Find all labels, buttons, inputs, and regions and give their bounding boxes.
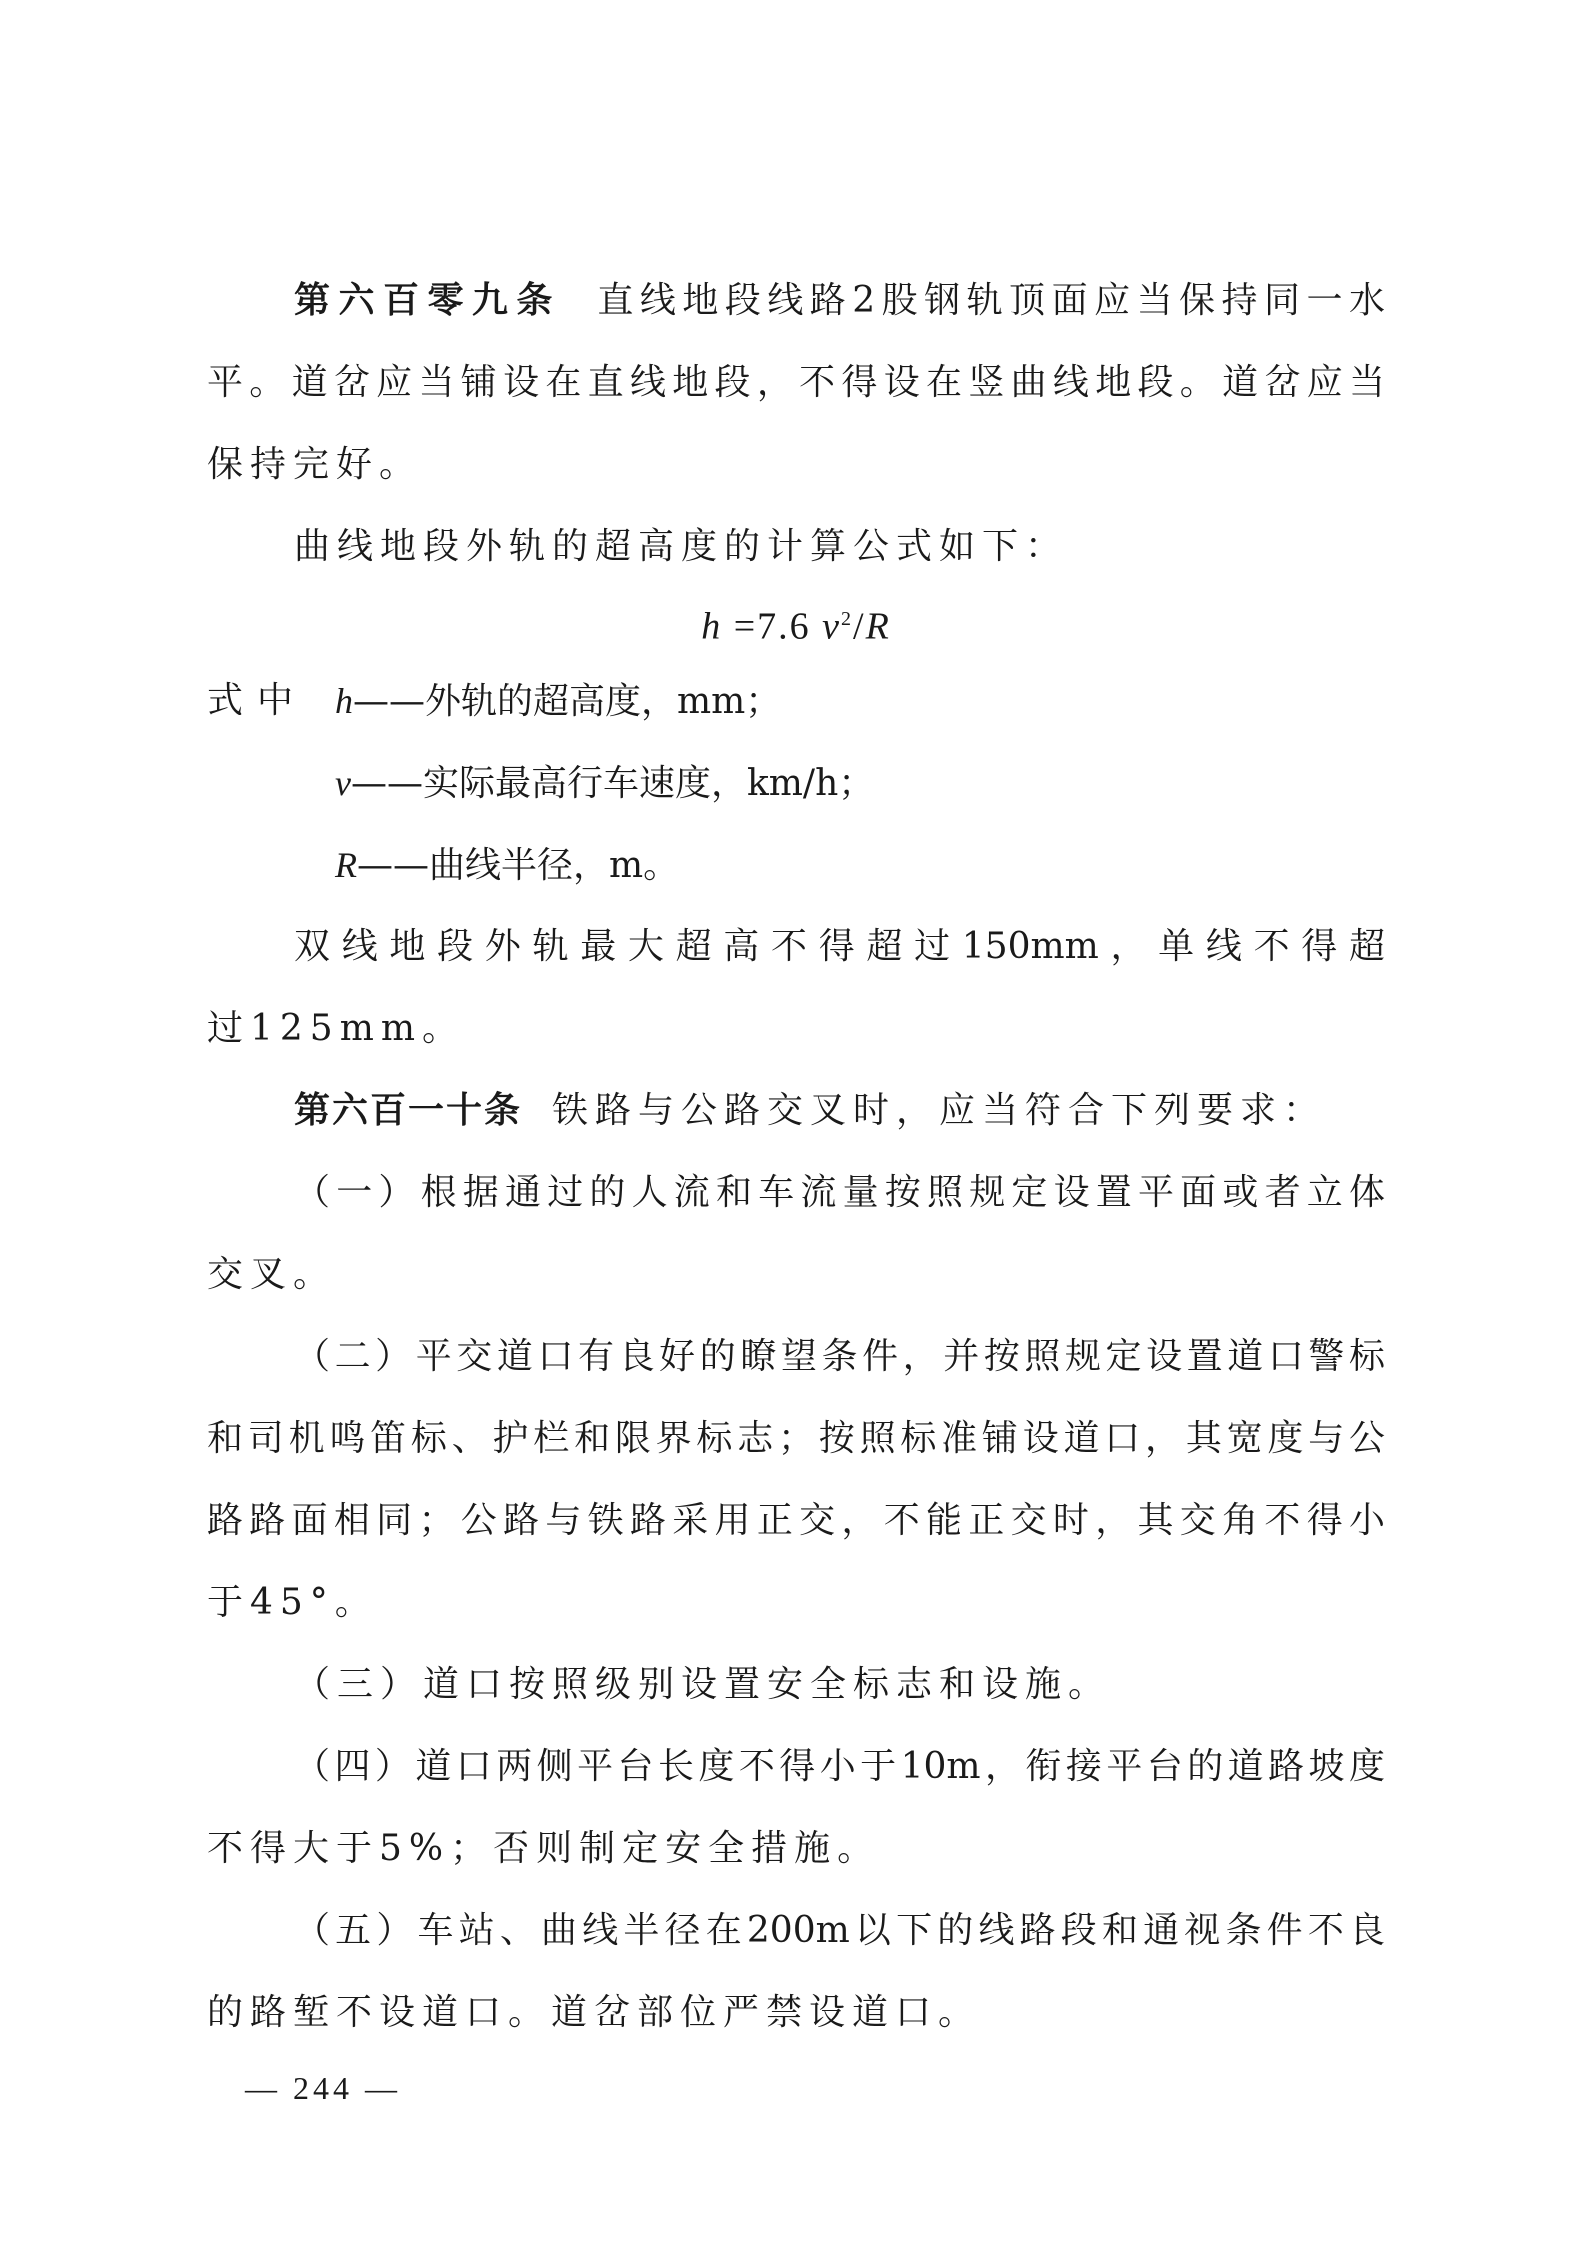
- article-610-intro: 第六百一十条铁路与公路交叉时，应当符合下列要求：: [207, 1087, 1385, 1135]
- item-3-line-1: （三）道口按照级别设置安全标志和设施。: [207, 1661, 1385, 1709]
- item-5-line-2: 的路堑不设道口。道岔部位严禁设道口。: [207, 1989, 1385, 2037]
- item-1-line-1: （一）根据通过的人流和车流量按照规定设置平面或者立体: [207, 1169, 1385, 1217]
- item-4-line-2: 不得大于5%；否则制定安全措施。: [207, 1825, 1385, 1873]
- item-2-line-4: 于45°。: [207, 1579, 1385, 1627]
- formula: h =7.6 v2/R: [207, 595, 1385, 651]
- article-609-line-1: 第六百零九条直线地段线路2股钢轨顶面应当保持同一水: [207, 277, 1385, 325]
- item-2-line-2: 和司机鸣笛标、护栏和限界标志；按照标准铺设道口，其宽度与公: [207, 1415, 1385, 1463]
- article-609-line-3: 保持完好。: [207, 441, 1385, 489]
- limit-line-1: 双线地段外轨最大超高不得超过150mm，单线不得超: [207, 923, 1385, 971]
- limit-line-2: 过125mm。: [207, 1005, 1385, 1053]
- variable-h: 式中 h——外轨的超高度，mm；: [207, 677, 1385, 725]
- article-610-heading: 第六百一十条: [294, 1090, 522, 1131]
- article-609-heading: 第六百零九条: [294, 280, 561, 321]
- item-2-line-3: 路路面相同；公路与铁路采用正交，不能正交时，其交角不得小: [207, 1497, 1385, 1545]
- item-5-line-1: （五）车站、曲线半径在200m以下的线路段和通视条件不良: [207, 1907, 1385, 1955]
- page-number: — 244 —: [245, 2070, 401, 2107]
- item-4-line-1: （四）道口两侧平台长度不得小于10m，衔接平台的道路坡度: [207, 1743, 1385, 1791]
- where-label: 式中: [207, 680, 307, 721]
- item-2-line-1: （二）平交道口有良好的瞭望条件，并按照规定设置道口警标: [207, 1333, 1385, 1381]
- formula-intro: 曲线地段外轨的超高度的计算公式如下：: [207, 523, 1385, 571]
- article-609-line-2: 平。道岔应当铺设在直线地段，不得设在竖曲线地段。道岔应当: [207, 359, 1385, 407]
- item-1-line-2: 交叉。: [207, 1251, 1385, 1299]
